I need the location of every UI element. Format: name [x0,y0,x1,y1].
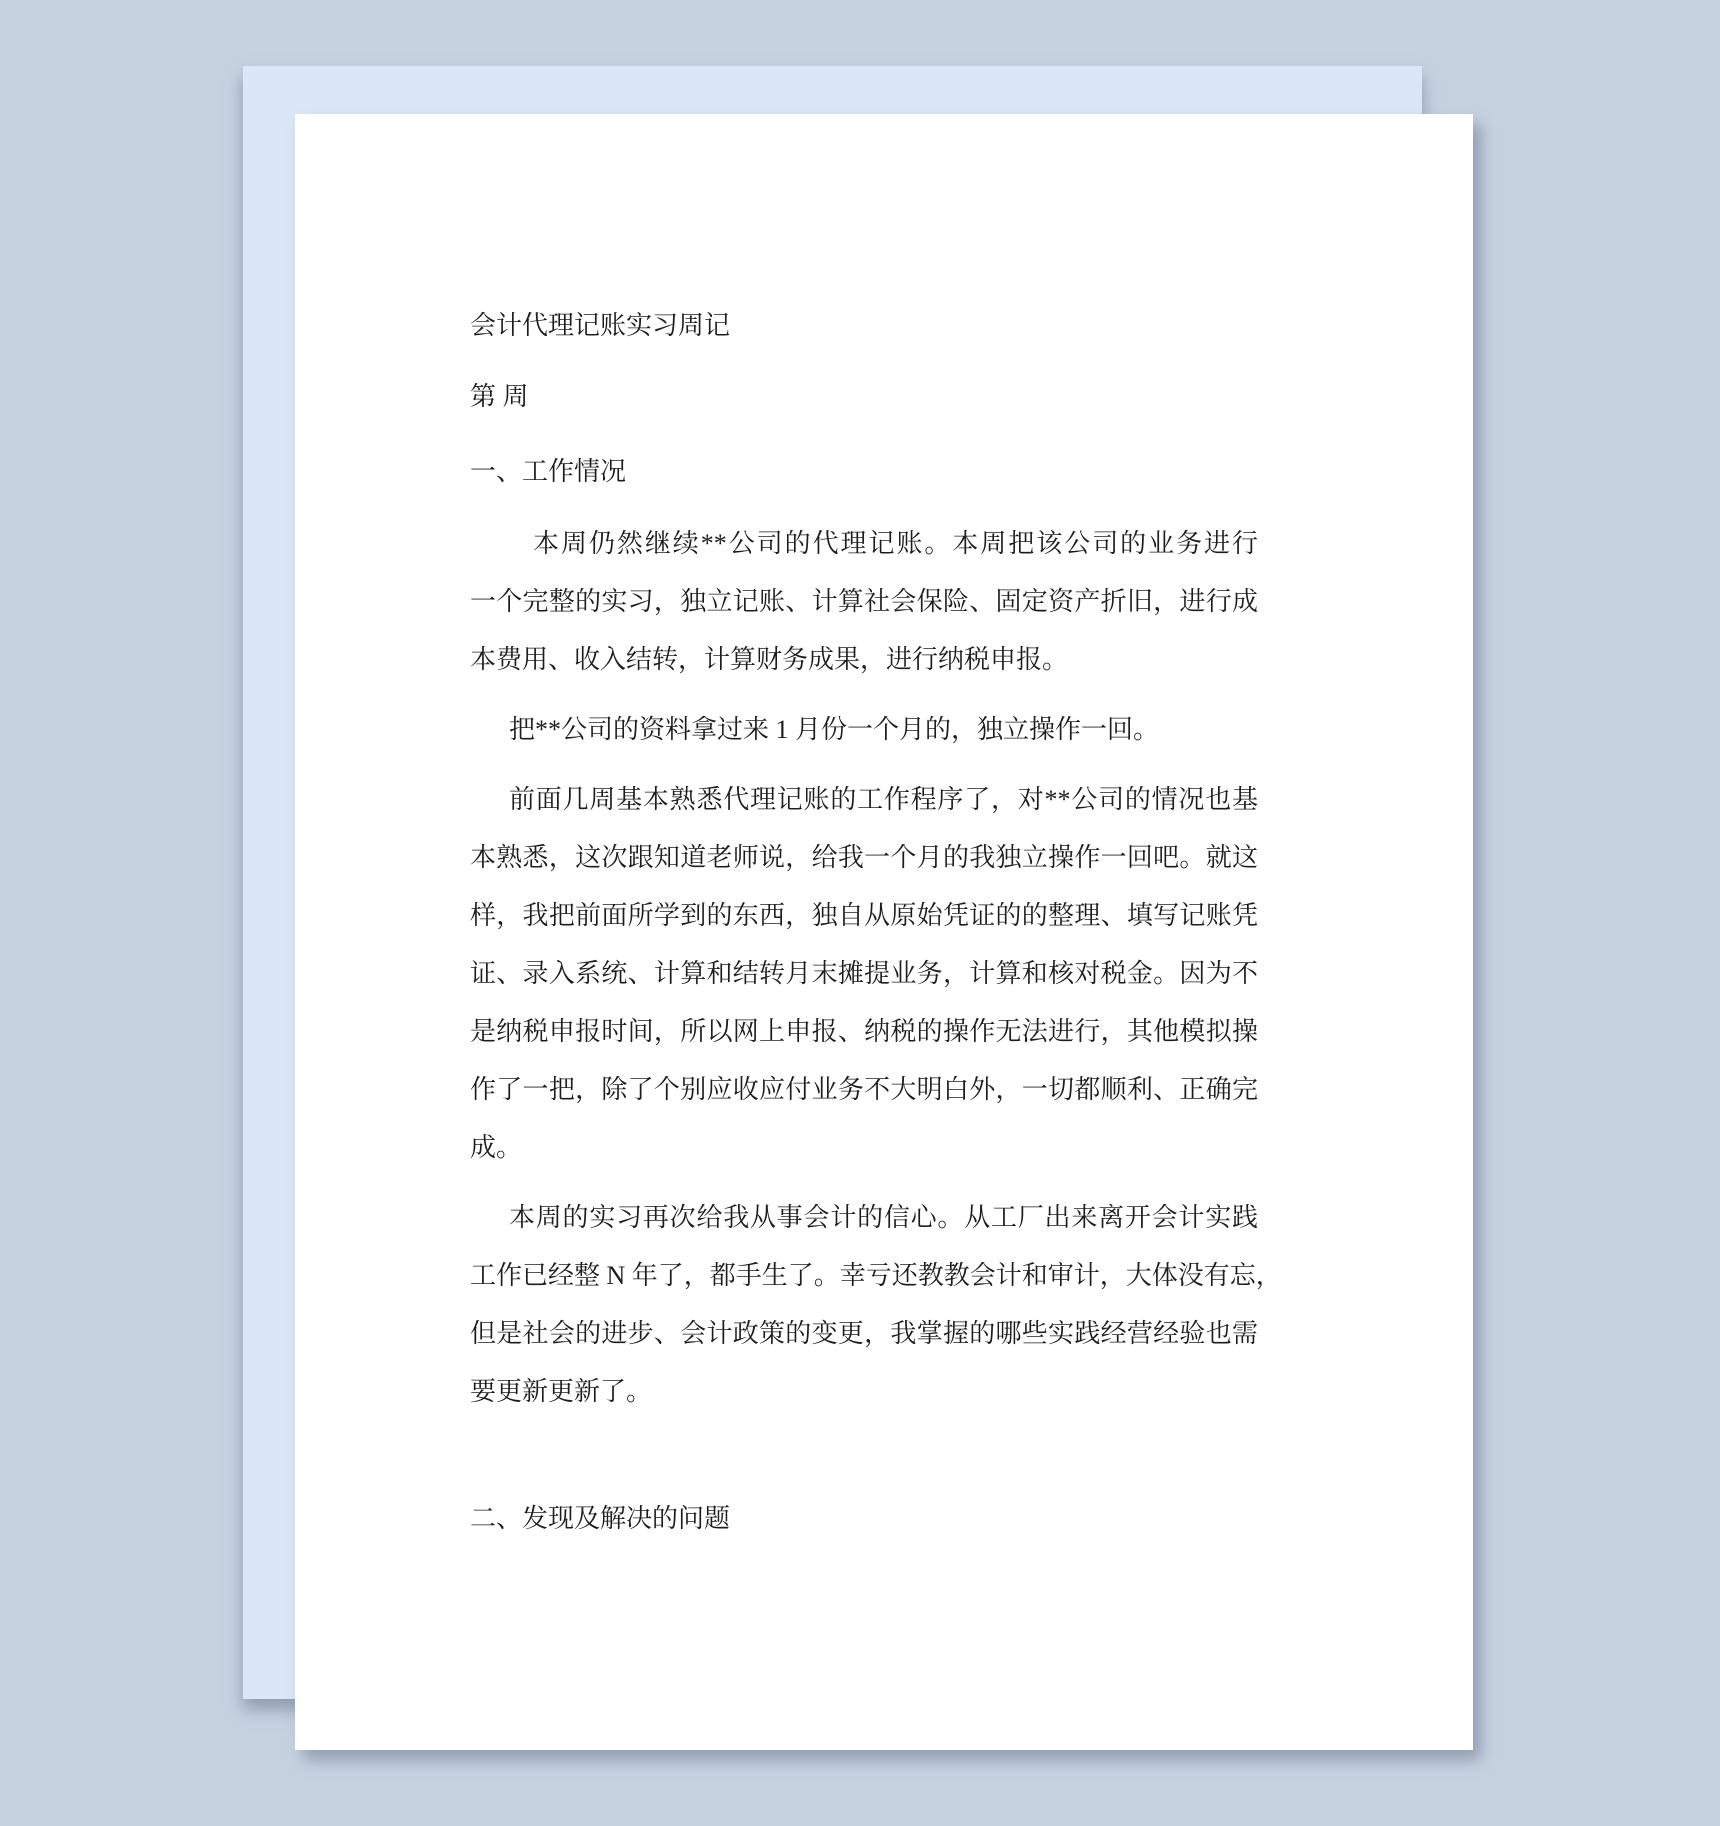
text-line: 但是社会的进步、会计政策的变更，我掌握的哪些实践经营经验也需 [470,1305,1258,1363]
document-title: 会计代理记账实习周记 [470,297,1258,355]
paragraph: 本周仍然继续**公司的代理记账。本周把该公司的业务进行一个完整的实习，独立记账、… [470,515,1258,689]
text-line: 是纳税申报时间，所以网上申报、纳税的操作无法进行，其他模拟操 [470,1003,1258,1061]
paragraph: 前面几周基本熟悉代理记账的工作程序了，对**公司的情况也基本熟悉，这次跟知道老师… [470,771,1258,1177]
paragraph: 本周的实习再次给我从事会计的信心。从工厂出来离开会计实践工作已经整 N 年了，都… [470,1189,1258,1421]
text-line: 本周的实习再次给我从事会计的信心。从工厂出来离开会计实践 [470,1189,1258,1247]
text-line: 本费用、收入结转，计算财务成果，进行纳税申报。 [470,631,1258,689]
text-line: 要更新更新了。 [470,1363,1258,1421]
document-content: 会计代理记账实习周记 第 周 一、工作情况 本周仍然继续**公司的代理记账。本周… [295,114,1258,1548]
text-line: 把**公司的资料拿过来 1 月份一个月的，独立操作一回。 [470,701,1258,759]
text-line: 本周仍然继续**公司的代理记账。本周把该公司的业务进行 [470,515,1258,573]
text-line: 作了一把，除了个别应收应付业务不大明白外，一切都顺利、正确完 [470,1061,1258,1119]
document-page: 会计代理记账实习周记 第 周 一、工作情况 本周仍然继续**公司的代理记账。本周… [295,114,1473,1750]
text-line: 证、录入系统、计算和结转月末摊提业务，计算和核对税金。因为不 [470,945,1258,1003]
section-heading-problems: 二、发现及解决的问题 [470,1490,1258,1548]
document-body: 本周仍然继续**公司的代理记账。本周把该公司的业务进行一个完整的实习，独立记账、… [470,515,1258,1421]
paragraph: 把**公司的资料拿过来 1 月份一个月的，独立操作一回。 [470,701,1258,759]
text-line: 前面几周基本熟悉代理记账的工作程序了，对**公司的情况也基 [470,771,1258,829]
text-line: 样，我把前面所学到的东西，独自从原始凭证的的整理、填写记账凭 [470,887,1258,945]
text-line: 成。 [470,1119,1258,1177]
week-number-line: 第 周 [470,368,1258,426]
text-line: 工作已经整 N 年了，都手生了。幸亏还教教会计和审计，大体没有忘， [470,1247,1258,1305]
text-line: 一个完整的实习，独立记账、计算社会保险、固定资产折旧，进行成 [470,573,1258,631]
section-heading-work: 一、工作情况 [470,443,1258,501]
text-line: 本熟悉，这次跟知道老师说，给我一个月的我独立操作一回吧。就这 [470,829,1258,887]
